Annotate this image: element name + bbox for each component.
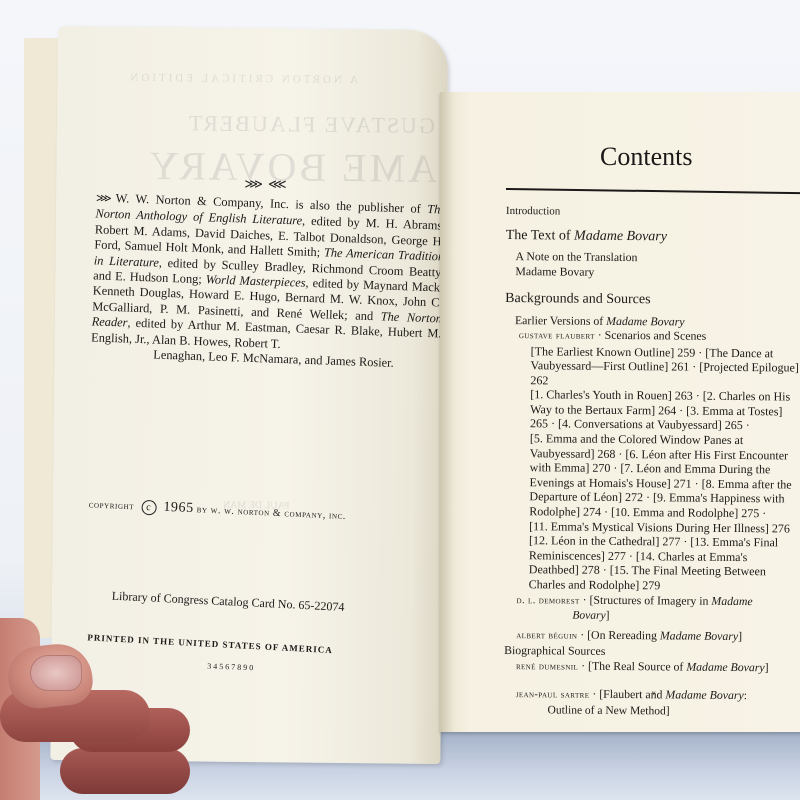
- bleed-through-author: GUSTAVE FLAUBERT: [187, 110, 435, 139]
- bleed-through-title: MADAME BOVARY: [146, 142, 448, 193]
- printed-in-line: PRINTED IN THE UNITED STATES OF AMERICA: [87, 632, 333, 655]
- toc-entry-continuation: Bovary]: [502, 608, 800, 625]
- ornament-icon: ⋙ ⋘: [244, 176, 287, 192]
- toc-part-text[interactable]: The Text of Madame Bovary: [506, 228, 800, 245]
- author-name: gustave flaubert: [519, 330, 595, 342]
- author-name: rené dumesnil: [516, 661, 578, 673]
- author-name: d. l. demorest: [516, 595, 579, 607]
- toc-entry-continuation: Outline of a New Method]: [502, 703, 800, 720]
- contents-page: Contents Introduction vii The Text of Ma…: [440, 92, 800, 732]
- page-folio: v: [652, 689, 656, 697]
- toc-entry-madame-bovary[interactable]: Madame Bovary 1: [505, 263, 800, 280]
- book-title: World Masterpieces: [206, 272, 306, 289]
- copyright-icon: c: [141, 500, 157, 516]
- toc-part-backgrounds[interactable]: Backgrounds and Sources: [505, 292, 800, 309]
- author-name: jean-paul sartre: [516, 689, 590, 701]
- author-name: albert béguin: [516, 630, 577, 642]
- publisher-note: ⋙W. W. Norton & Company, Inc. is also th…: [90, 190, 446, 373]
- book-gutter: [440, 92, 454, 732]
- toc-entry-dumesnil[interactable]: rené dumesnil · [The Real Source of Mada…: [502, 658, 800, 677]
- table-of-contents: Introduction vii The Text of Madame Bova…: [502, 204, 800, 720]
- lccn-line: Library of Congress Catalog Card No. 65-…: [111, 589, 344, 615]
- toc-entry-introduction[interactable]: Introduction vii: [506, 204, 800, 221]
- printing-number: 34567890: [207, 662, 255, 673]
- ornament-icon: ⋙: [96, 192, 112, 205]
- hand-finger: [60, 748, 190, 794]
- thumbnail-nail: [30, 655, 82, 691]
- page-title: Contents: [600, 142, 692, 172]
- title-rule: [506, 188, 800, 195]
- bleed-through-series: A NORTON CRITICAL EDITION: [127, 72, 358, 86]
- copyright-page: A NORTON CRITICAL EDITION GUSTAVE FLAUBE…: [50, 26, 448, 764]
